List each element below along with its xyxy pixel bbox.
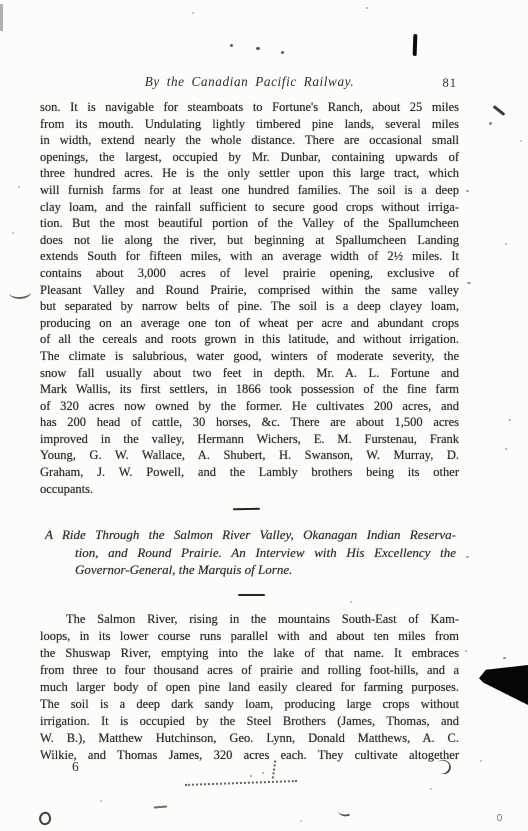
text-line: has 200 head of cattle, 30 horses, &c. T… — [40, 414, 459, 431]
ink-speck — [100, 800, 102, 802]
ink-speck — [467, 282, 471, 284]
section-heading-line: tion, and Round Prairie. An Interview wi… — [45, 544, 456, 562]
scan-edge-smudge — [0, 4, 3, 31]
section-heading: A Ride Through the Salmon River Valley, … — [45, 526, 456, 579]
text-line: son. It is navigable for steamboats to F… — [40, 99, 459, 116]
text-line: Pleasant Valley and Round Prairie, compr… — [40, 282, 459, 299]
text-line: Graham, J. W. Powell, and the Lambly bro… — [40, 464, 459, 481]
text-line: three hundred acres. He is the only sett… — [40, 165, 459, 182]
text-line: much larger body of open pine land easil… — [40, 679, 459, 696]
page-header: By the Canadian Pacific Railway. 81 — [40, 74, 459, 94]
ink-speck — [466, 556, 469, 558]
dotted-smudge-line — [185, 780, 297, 791]
ink-speck — [466, 190, 469, 192]
ink-speck — [256, 47, 260, 50]
ink-speck — [18, 186, 20, 188]
text-line: clay loam, and the rainfall sufficient t… — [40, 199, 459, 216]
ink-speck — [465, 650, 467, 652]
text-line: does not lie along the river, but beginn… — [40, 232, 459, 249]
text-line: from its mouth. Undulating lightly timbe… — [40, 116, 459, 133]
ink-speck — [509, 419, 511, 421]
ink-speck — [489, 122, 492, 125]
section-divider-rule-top — [233, 508, 260, 510]
ink-speck — [150, 250, 152, 252]
ink-speck — [350, 601, 352, 603]
ink-speck — [281, 51, 284, 54]
scanned-book-page: By the Canadian Pacific Railway. 81 son.… — [0, 0, 528, 831]
ink-speck — [262, 772, 264, 774]
signature-mark: 6 — [72, 759, 79, 775]
ink-speck — [503, 657, 506, 659]
text-line: in width, extend nearly the whole distan… — [40, 132, 459, 149]
section-divider-rule-bottom — [238, 594, 265, 596]
text-line: tion. But the most beautiful portion of … — [40, 215, 459, 232]
ink-speck — [505, 448, 507, 450]
ink-speck — [480, 760, 482, 762]
text-line: openings, the largest, occupied by Mr. D… — [40, 149, 459, 166]
text-line: contains about 3,000 acres of level prai… — [40, 265, 459, 282]
text-line: but separated by narrow belts of pine. T… — [40, 298, 459, 315]
text-line: Mark Wallis, its first settlers, in 1866… — [40, 381, 459, 398]
ink-speck — [230, 44, 233, 47]
text-line: The soil is a deep dark sandy loam, prod… — [40, 696, 459, 713]
text-line: snow fall usually about two feet in dept… — [40, 365, 459, 382]
text-line: of all the cereals and roots grown in th… — [40, 331, 459, 348]
paragraph-2: The Salmon River, rising in the mountain… — [40, 611, 459, 764]
bottom-hook-mark — [337, 806, 350, 818]
ink-bar-artifact — [413, 34, 418, 56]
text-line: from three to four thousand acres of pra… — [40, 662, 459, 679]
text-line: Young, G. W. Wallace, A. Shubert, H. Swa… — [40, 447, 459, 464]
text-line: the Shuswap River, emptying into the lak… — [40, 645, 459, 662]
section-heading-line: Governor-General, the Marquis of Lorne. — [45, 561, 456, 579]
text-line: W. B.), Matthew Hutchinson, Geo. Lynn, D… — [40, 730, 459, 747]
text-line: loops, in its lower course runs parallel… — [40, 628, 459, 645]
running-title: By the Canadian Pacific Railway. — [40, 74, 459, 90]
text-line: irrigation. It is occupied by the Steel … — [40, 713, 459, 730]
ink-speck — [12, 232, 14, 234]
text-line: will furnish farms for at least one hund… — [40, 182, 459, 199]
section-heading-line: A Ride Through the Salmon River Valley, … — [45, 526, 456, 544]
paragraph-1: son. It is navigable for steamboats to F… — [40, 99, 459, 497]
margin-pen-stroke — [493, 105, 506, 116]
bottom-tiny-mark — [497, 814, 502, 821]
text-line: extends South for fifteen miles, with an… — [40, 248, 459, 265]
ink-speck — [430, 788, 432, 790]
text-line: occupants. — [40, 481, 459, 498]
ink-speck — [300, 820, 302, 822]
ink-speck — [192, 12, 194, 14]
ink-speck — [366, 7, 368, 9]
page-edge-shadow-wedge — [479, 665, 528, 705]
text-line: improved in the valley, Hermann Wichers,… — [40, 431, 459, 448]
text-line: The climate is salubrious, water good, w… — [40, 348, 459, 365]
ink-speck — [520, 140, 522, 142]
ink-speck — [50, 700, 52, 702]
ink-speck — [250, 775, 252, 777]
ink-squiggle — [272, 760, 284, 779]
text-line: The Salmon River, rising in the mountain… — [40, 611, 459, 628]
page-number: 81 — [443, 76, 458, 91]
bottom-dash-mark — [154, 806, 167, 809]
text-line: of 320 acres now owned by the former. He… — [40, 398, 459, 415]
margin-check-mark — [8, 285, 31, 300]
bottom-ink-blob — [38, 811, 53, 827]
text-line: Wilkie, and Thomas James, 320 acres each… — [40, 747, 459, 764]
ink-speck — [505, 243, 507, 245]
text-line: producing on an average one ton of wheat… — [40, 315, 459, 332]
